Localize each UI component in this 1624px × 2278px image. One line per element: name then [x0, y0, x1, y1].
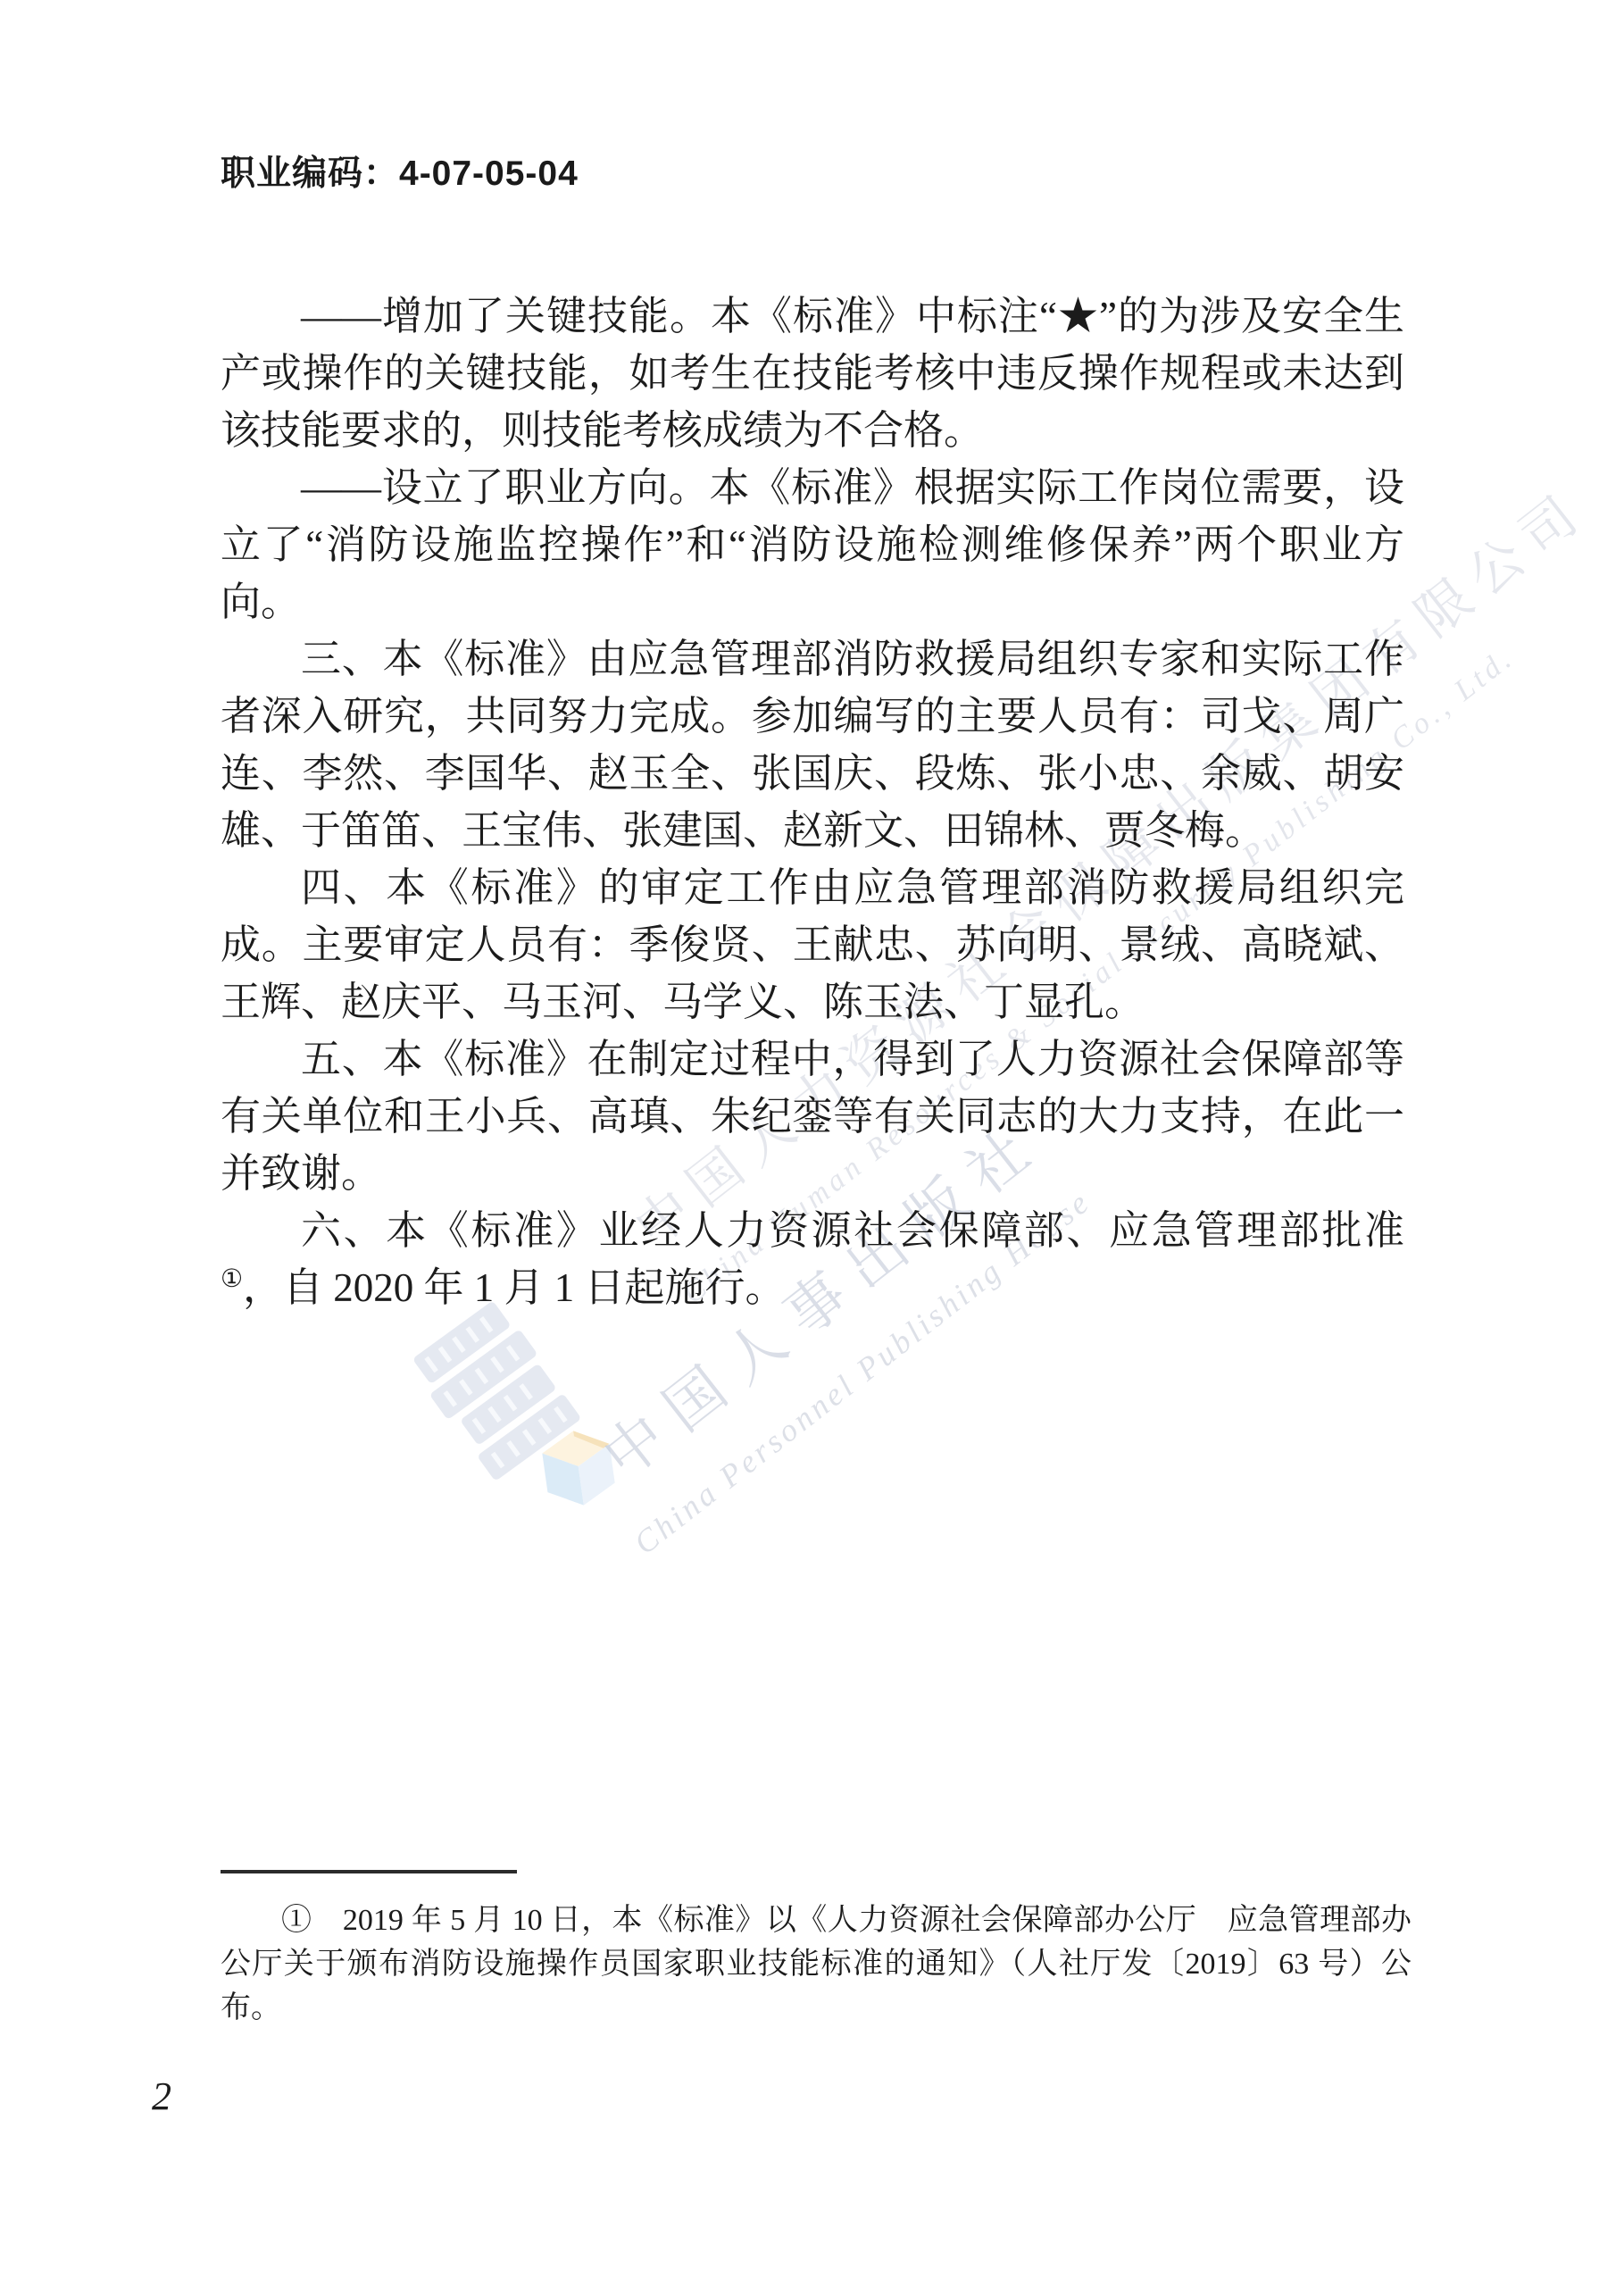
paragraph-career-directions: ——设立了职业方向。本《标准》根据实际工作岗位需要，设立了“消防设施监控操作”和…: [221, 459, 1404, 630]
approval-text-before-ref: 六、本《标准》业经人力资源社会保障部、应急管理部批准: [301, 1208, 1404, 1253]
job-code-header: 职业编码：4-07-05-04: [221, 146, 579, 196]
approval-text-after-ref: ，自 2020 年 1 月 1 日起施行。: [243, 1265, 786, 1310]
body-text: ——增加了关键技能。本《标准》中标注“★”的为涉及安全生产或操作的关键技能，如考…: [221, 288, 1404, 1316]
footnote-divider: [221, 1870, 517, 1873]
page-number: 2: [152, 2074, 171, 2119]
paragraph-approval: 六、本《标准》业经人力资源社会保障部、应急管理部批准①，自 2020 年 1 月…: [221, 1202, 1404, 1316]
paragraph-acknowledgements: 五、本《标准》在制定过程中，得到了人力资源社会保障部等有关单位和王小兵、高瑱、朱…: [221, 1031, 1404, 1202]
paragraph-drafting-team: 三、本《标准》由应急管理部消防救援局组织专家和实际工作者深入研究，共同努力完成。…: [221, 630, 1404, 859]
footnote-reference-marker: ①: [221, 1265, 243, 1293]
cube-icon: [536, 1423, 621, 1514]
stacked-books-icon: [399, 1290, 593, 1493]
paragraph-key-skills: ——增加了关键技能。本《标准》中标注“★”的为涉及安全生产或操作的关键技能，如考…: [221, 288, 1404, 459]
footnote-text: ① 2019 年 5 月 10 日，本《标准》以《人力资源社会保障部办公厅 应急…: [221, 1898, 1412, 2030]
paragraph-review-team: 四、本《标准》的审定工作由应急管理部消防救援局组织完成。主要审定人员有：季俊贤、…: [221, 859, 1404, 1031]
document-page: 中国人力资源社会保障出版集团有限公司 China Human Resources…: [0, 0, 1624, 2278]
